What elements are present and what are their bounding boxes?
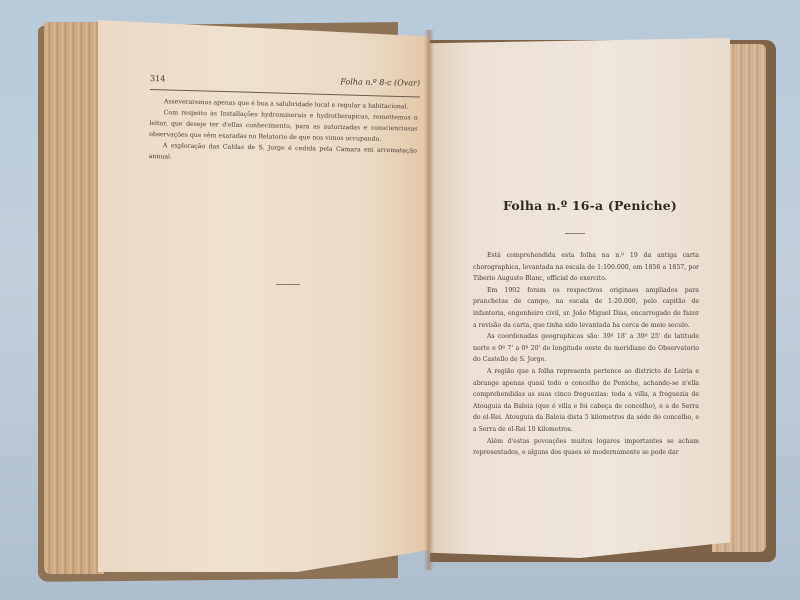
- paragraph: Está comprehendida esta folha na n.º 19 …: [473, 250, 699, 285]
- paragraph: Além d'estas povoações muitos logares im…: [473, 436, 699, 459]
- paragraph: A região que a folha representa pertence…: [473, 366, 699, 436]
- page-number: 314: [150, 74, 165, 83]
- running-head: Folha n.º 8-c (Ovar): [340, 77, 420, 87]
- book-gutter: [424, 30, 434, 570]
- paragraph: Com respeito às Installações hydrominera…: [149, 107, 418, 146]
- paragraph: Em 1902 foram os respectivos originaes a…: [473, 285, 699, 331]
- chapter-title: Folha n.º 16-a (Peniche): [480, 198, 700, 213]
- title-rule: [565, 233, 585, 234]
- paragraph: As coordenadas geographicas são: 39º 18'…: [473, 331, 699, 366]
- left-page-body: Asseveraremos apenas que é boa a salubri…: [149, 96, 418, 168]
- right-page-body: Está comprehendida esta folha na n.º 19 …: [473, 250, 699, 459]
- left-page-stack: [44, 22, 104, 574]
- open-book: 314 Folha n.º 8-c (Ovar) Asseveraremos a…: [0, 0, 800, 600]
- section-end-rule: [276, 284, 300, 285]
